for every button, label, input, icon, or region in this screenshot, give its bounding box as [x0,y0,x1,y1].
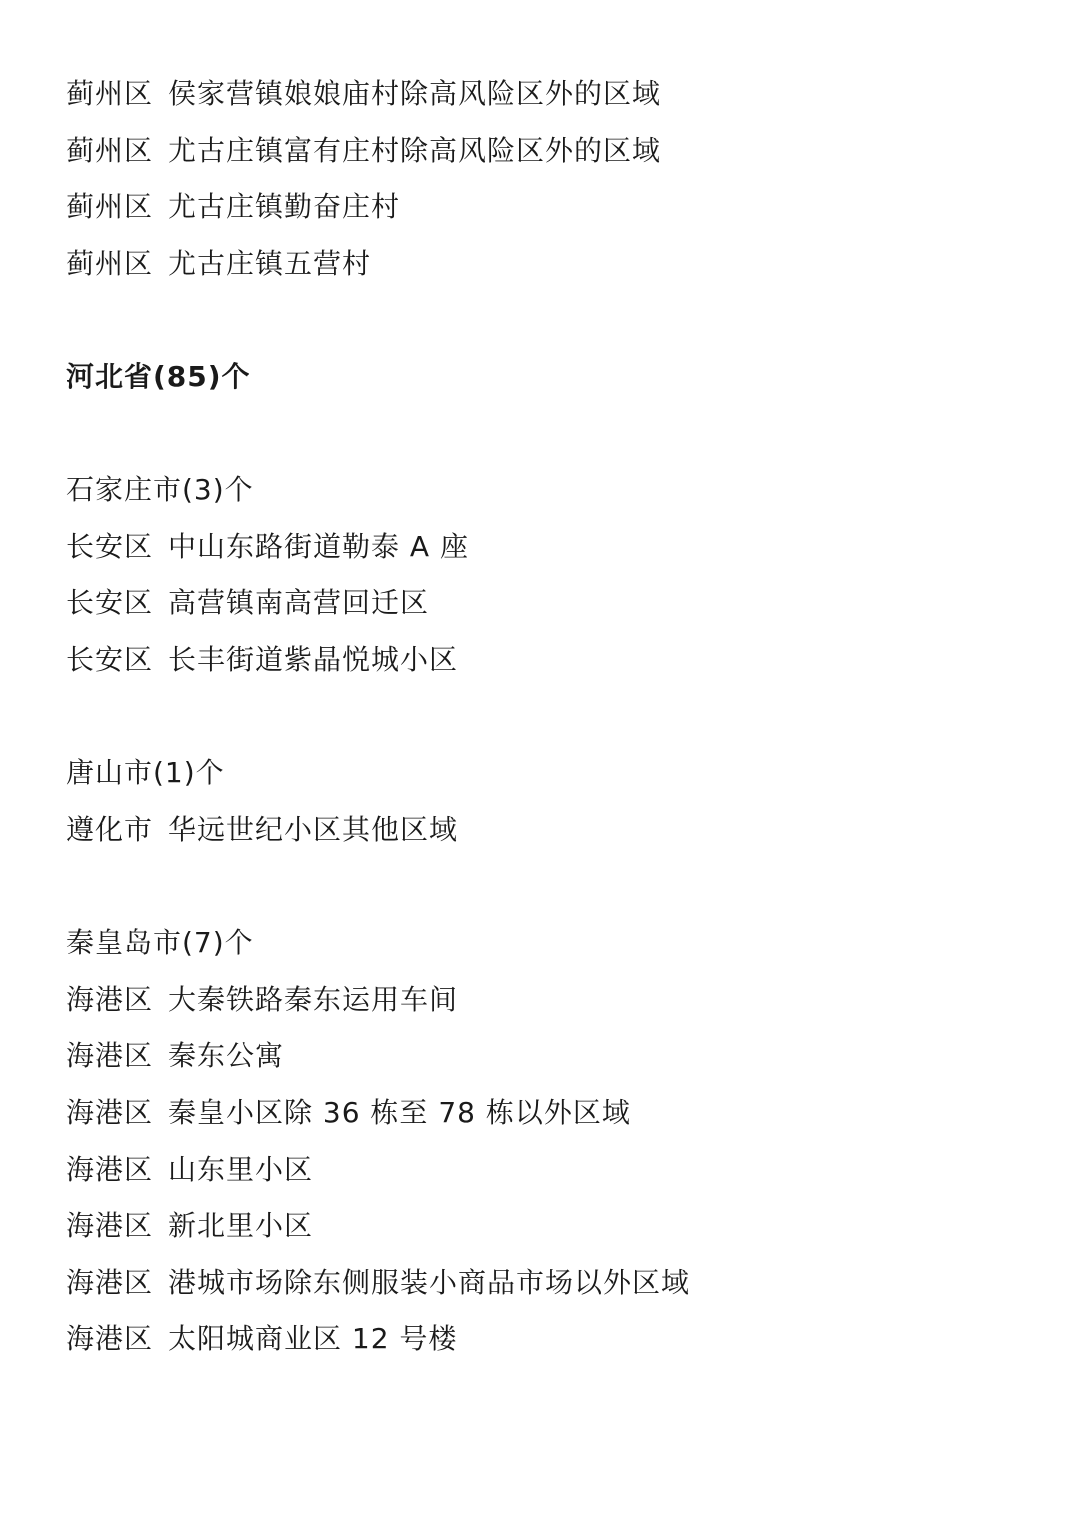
list-item: 海港区秦皇小区除 36 栋至 78 栋以外区域 [66,1093,631,1133]
district-name: 海港区 [66,1319,168,1359]
place-name: 秦东公寓 [168,1039,284,1072]
district-name: 海港区 [66,1036,168,1076]
district-name: 蓟州区 [66,74,168,114]
place-name: 尤古庄镇五营村 [168,247,371,280]
list-item: 蓟州区尤古庄镇勤奋庄村 [66,187,400,227]
place-name: 中山东路街道勒泰 A 座 [168,530,469,563]
list-item: 遵化市华远世纪小区其他区域 [66,810,458,850]
list-item: 海港区太阳城商业区 12 号楼 [66,1319,457,1359]
district-name: 海港区 [66,1093,168,1133]
place-name: 侯家营镇娘娘庙村除高风险区外的区域 [168,77,661,110]
place-name: 大秦铁路秦东运用车间 [168,983,458,1016]
list-item: 蓟州区尤古庄镇富有庄村除高风险区外的区域 [66,131,661,171]
district-name: 海港区 [66,980,168,1020]
place-name: 港城市场除东侧服装小商品市场以外区域 [168,1266,690,1299]
district-name: 长安区 [66,583,168,623]
place-name: 尤古庄镇富有庄村除高风险区外的区域 [168,134,661,167]
list-item: 长安区高营镇南高营回迁区 [66,583,429,623]
district-name: 海港区 [66,1206,168,1246]
city-heading: 唐山市(1)个 [66,753,225,793]
place-name: 尤古庄镇勤奋庄村 [168,190,400,223]
place-name: 新北里小区 [168,1209,313,1242]
list-item: 海港区新北里小区 [66,1206,313,1246]
district-name: 蓟州区 [66,187,168,227]
list-item: 蓟州区侯家营镇娘娘庙村除高风险区外的区域 [66,74,661,114]
list-item: 海港区港城市场除东侧服装小商品市场以外区域 [66,1263,690,1303]
list-item: 海港区山东里小区 [66,1150,313,1190]
district-name: 长安区 [66,640,168,680]
place-name: 秦皇小区除 36 栋至 78 栋以外区域 [168,1096,631,1129]
list-item: 海港区秦东公寓 [66,1036,284,1076]
city-heading: 秦皇岛市(7)个 [66,923,254,963]
place-name: 长丰街道紫晶悦城小区 [168,643,458,676]
list-item: 海港区大秦铁路秦东运用车间 [66,980,458,1020]
district-name: 蓟州区 [66,244,168,284]
district-name: 海港区 [66,1263,168,1303]
list-item: 长安区长丰街道紫晶悦城小区 [66,640,458,680]
place-name: 山东里小区 [168,1153,313,1186]
list-item: 蓟州区尤古庄镇五营村 [66,244,371,284]
province-heading: 河北省(85)个 [66,357,251,397]
city-heading: 石家庄市(3)个 [66,470,254,510]
district-name: 长安区 [66,527,168,567]
district-name: 蓟州区 [66,131,168,171]
list-item: 长安区中山东路街道勒泰 A 座 [66,527,469,567]
district-name: 遵化市 [66,810,168,850]
district-name: 海港区 [66,1150,168,1190]
place-name: 太阳城商业区 12 号楼 [168,1322,457,1355]
place-name: 高营镇南高营回迁区 [168,586,429,619]
place-name: 华远世纪小区其他区域 [168,813,458,846]
